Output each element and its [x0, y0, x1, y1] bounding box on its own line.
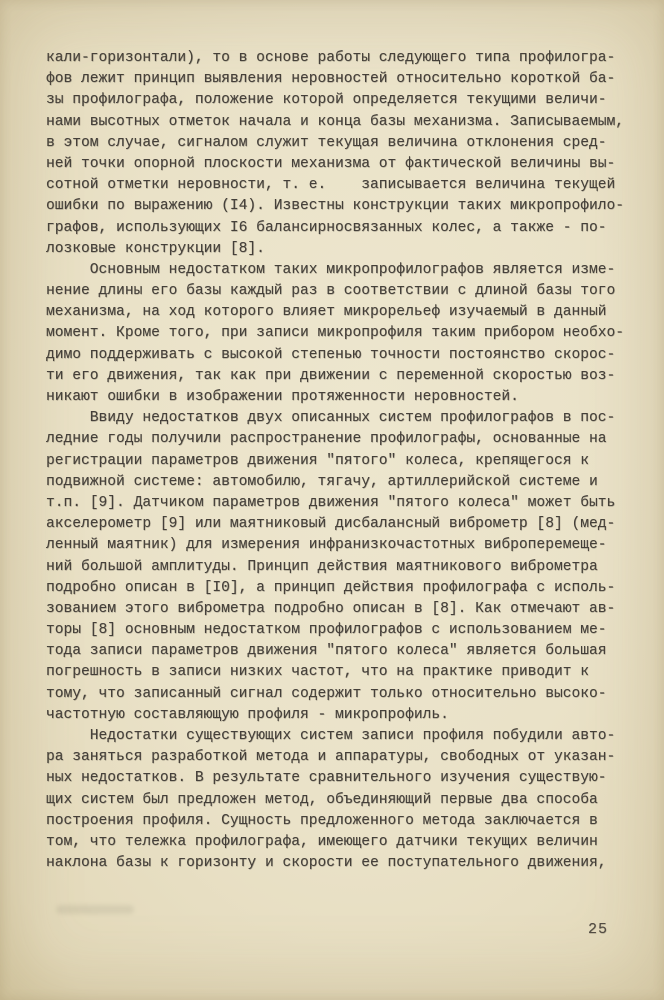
text-line: построения профиля. Сущность предложенно…: [46, 811, 624, 832]
text-line: фов лежит принцип выявления неровностей …: [46, 69, 624, 90]
text-line: зы профилографа, положение которой опред…: [46, 90, 624, 111]
text-line: ленный маятник) для измерения инфранизко…: [46, 535, 624, 556]
text-line: погрешность в записи низких частот, что …: [46, 662, 624, 683]
text-line: зованием этого виброметра подробно описа…: [46, 599, 624, 620]
text-line: нами высотных отметок начала и конца баз…: [46, 112, 624, 133]
text-line: лозковые конструкции [8].: [46, 239, 624, 260]
text-line: подробно описан в [I0], а принцип действ…: [46, 578, 624, 599]
text-line: нение длины его базы каждый раз в соотве…: [46, 281, 624, 302]
text-line: ных недостатков. В результате сравнитель…: [46, 768, 624, 789]
text-line: Ввиду недостатков двух описанных систем …: [46, 408, 624, 429]
text-line: механизма, на ход которого влияет микрор…: [46, 302, 624, 323]
text-line: тому, что записанный сигнал содержит тол…: [46, 684, 624, 705]
text-line: графов, использующих I6 балансирносвязан…: [46, 218, 624, 239]
text-line: никают ошибки в изображении протяженност…: [46, 387, 624, 408]
text-line: щих систем был предложен метод, объединя…: [46, 790, 624, 811]
text-line: ний большой амплитуды. Принцип действия …: [46, 557, 624, 578]
text-line: кали-горизонтали), то в основе работы сл…: [46, 48, 624, 69]
scanned-page: кали-горизонтали), то в основе работы сл…: [0, 0, 664, 1000]
text-line: Основным недостатком таких микропрофилог…: [46, 260, 624, 281]
text-line: ошибки по выражению (I4). Известны конст…: [46, 196, 624, 217]
ink-smudge: [56, 905, 134, 914]
text-line: димо поддерживать с высокой степенью точ…: [46, 345, 624, 366]
text-line: частотную составляющую профиля - микропр…: [46, 705, 624, 726]
text-line: подвижной системе: автомобилю, тягачу, а…: [46, 472, 624, 493]
page-number: 25: [588, 921, 608, 938]
text-line: в этом случае, сигналом служит текущая в…: [46, 133, 624, 154]
text-line: тода записи параметров движения "пятого …: [46, 641, 624, 662]
body-text: кали-горизонтали), то в основе работы сл…: [46, 48, 624, 874]
text-line: акселерометр [9] или маятниковый дисбала…: [46, 514, 624, 535]
text-line: момент. Кроме того, при записи микропроф…: [46, 323, 624, 344]
text-line: ра заняться разработкой метода и аппарат…: [46, 747, 624, 768]
text-line: наклона базы к горизонту и скорости ее п…: [46, 853, 624, 874]
text-line: т.п. [9]. Датчиком параметров движения "…: [46, 493, 624, 514]
text-line: торы [8] основным недостатком профилогра…: [46, 620, 624, 641]
text-line: сотной отметки неровности, т. е. записыв…: [46, 175, 624, 196]
text-line: том, что тележка профилографа, имеющего …: [46, 832, 624, 853]
text-line: Недостатки существующих систем записи пр…: [46, 726, 624, 747]
text-line: регистрации параметров движения "пятого"…: [46, 451, 624, 472]
text-line: ти его движения, так как при движении с …: [46, 366, 624, 387]
text-line: ледние годы получили распространение про…: [46, 429, 624, 450]
text-line: ней точки опорной плоскости механизма от…: [46, 154, 624, 175]
